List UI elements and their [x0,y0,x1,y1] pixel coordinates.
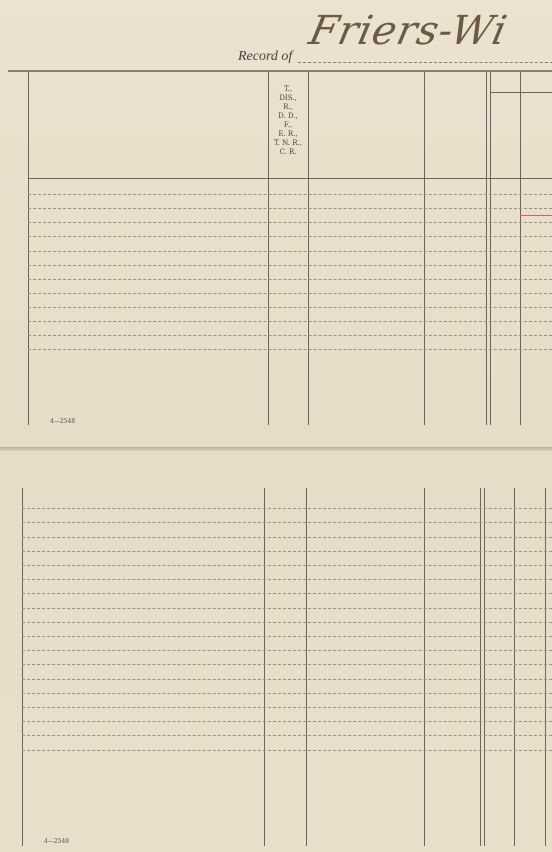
row-rule [22,565,552,566]
column-rule [480,488,481,846]
row-rule [22,679,552,680]
row-rule [22,579,552,580]
column-rule [264,488,265,846]
record-card-lower: 4—2548 [0,0,552,852]
row-rule [22,750,552,751]
column-rule [424,488,425,846]
row-rule [22,636,552,637]
row-rule [22,735,552,736]
row-rule [22,721,552,722]
column-rule [514,488,515,846]
row-rule [22,608,552,609]
row-rule [22,537,552,538]
column-rule [545,488,546,846]
form-number-lower: 4—2548 [44,838,69,845]
row-rule [22,650,552,651]
column-rule [306,488,307,846]
row-rule [22,693,552,694]
service-record-page: Record of Friers-Wi T.,DIS.,R.,D. D.,F.,… [0,0,552,852]
row-rule [22,522,552,523]
row-rule [22,664,552,665]
row-rule [22,551,552,552]
row-rule [22,508,552,509]
row-rule [22,707,552,708]
column-rule [22,488,23,846]
column-rule [484,488,485,846]
row-rule [22,622,552,623]
row-rule [22,593,552,594]
